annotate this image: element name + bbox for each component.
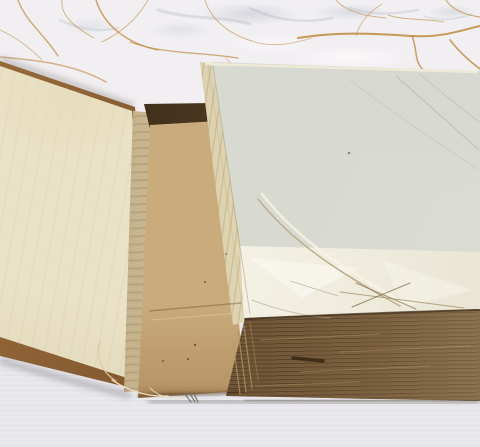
photo-antique-book (0, 0, 480, 447)
